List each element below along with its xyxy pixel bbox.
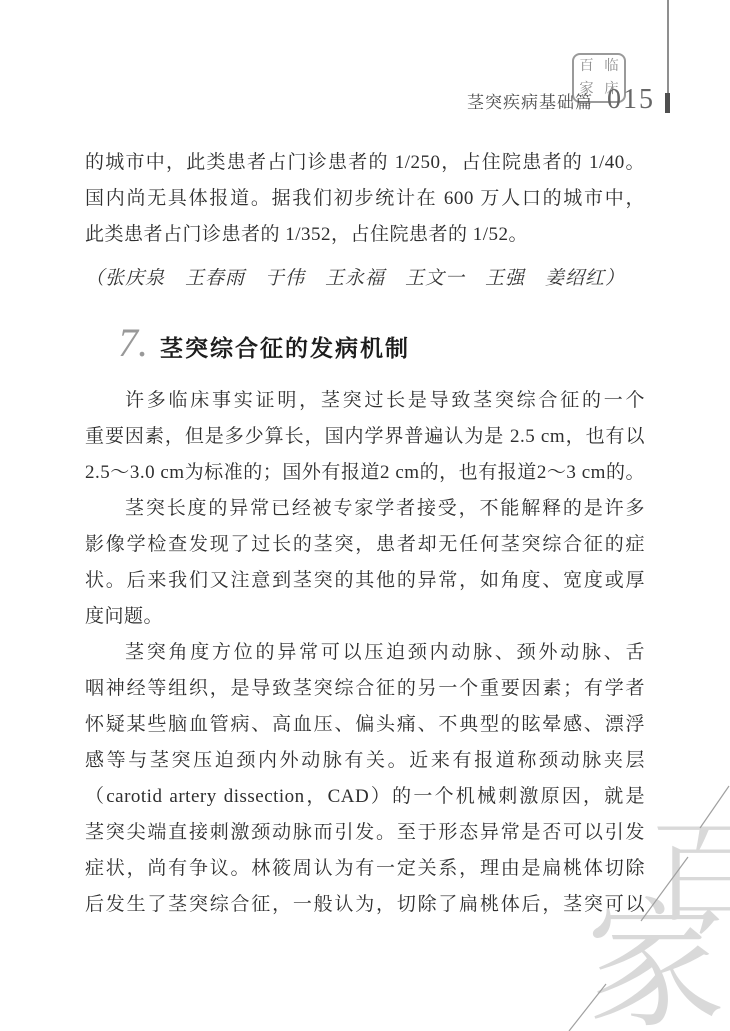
text-line: 此类患者占门诊患者的 1/352，占住院患者的 1/52。 bbox=[85, 217, 645, 253]
section-title: 茎突综合征的发病机制 bbox=[160, 330, 410, 363]
text-line: 感等与茎突压迫颈内外动脉有关。近来有报道称颈动脉夹层 bbox=[85, 743, 645, 779]
text-line: 2.5～3.0 cm为标准的；国外有报道2 cm的，也有报道2～3 cm的。 bbox=[85, 455, 645, 491]
text-line: 状。后来我们又注意到茎突的其他的异常，如角度、宽度或厚 bbox=[85, 563, 645, 599]
text-line: 的城市中，此类患者占门诊患者的 1/250，占住院患者的 1/40。 bbox=[85, 145, 645, 181]
text-line: 重要因素，但是多少算长，国内学界普遍认为是 2.5 cm，也有以 bbox=[85, 419, 645, 455]
body-text: 的城市中，此类患者占门诊患者的 1/250，占住院患者的 1/40。国内尚无具体… bbox=[85, 145, 645, 923]
header-vertical-rule bbox=[667, 0, 669, 93]
chapter-title: 茎突疾病基础篇 bbox=[467, 88, 593, 113]
text-line: 影像学检查发现了过长的茎突，患者却无任何茎突综合征的症 bbox=[85, 527, 645, 563]
text-line: 茎突尖端直接刺激颈动脉而引发。至于形态异常是否可以引发 bbox=[85, 815, 645, 851]
seal-char: 临 bbox=[604, 59, 618, 73]
watermark-char-bai: 百 bbox=[650, 818, 730, 930]
text-line: 度问题。 bbox=[85, 599, 645, 635]
text-line: 茎突角度方位的异常可以压迫颈内动脉、颈外动脉、舌 bbox=[85, 635, 645, 671]
text-line: 后发生了茎突综合征，一般认为，切除了扁桃体后，茎突可以 bbox=[85, 887, 645, 923]
text-line: 许多临床事实证明，茎突过长是导致茎突综合征的一个 bbox=[85, 383, 645, 419]
running-head: 茎突疾病基础篇 015 bbox=[380, 84, 655, 120]
header-vertical-rule-accent bbox=[665, 93, 670, 113]
paragraph: 茎突长度的异常已经被专家学者接受，不能解释的是许多影像学检查发现了过长的茎突，患… bbox=[85, 491, 645, 635]
section-heading: 7. 茎突综合征的发病机制 bbox=[85, 317, 645, 369]
seal-char: 百 bbox=[579, 59, 593, 73]
text-line: 咽神经等组织，是导致茎突综合征的另一个重要因素；有学者 bbox=[85, 671, 645, 707]
book-page: 百 临 家 床 茎突疾病基础篇 015 的城市中，此类患者占门诊患者的 1/25… bbox=[0, 0, 730, 1031]
text-line: 茎突长度的异常已经被专家学者接受，不能解释的是许多 bbox=[85, 491, 645, 527]
page-number: 015 bbox=[607, 84, 655, 116]
paragraph: 茎突角度方位的异常可以压迫颈内动脉、颈外动脉、舌咽神经等组织，是导致茎突综合征的… bbox=[85, 635, 645, 923]
text-line: 国内尚无具体报道。据我们初步统计在 600 万人口的城市中， bbox=[85, 181, 645, 217]
text-line: （carotid artery dissection，CAD）的一个机械刺激原因… bbox=[85, 779, 645, 815]
text-line: 怀疑某些脑血管病、高血压、偏头痛、不典型的眩晕感、漂浮 bbox=[85, 707, 645, 743]
paragraph: 许多临床事实证明，茎突过长是导致茎突综合征的一个重要因素，但是多少算长，国内学界… bbox=[85, 383, 645, 491]
paragraph-continued: 的城市中，此类患者占门诊患者的 1/250，占住院患者的 1/40。国内尚无具体… bbox=[85, 145, 645, 253]
authors-line: （张庆泉 王春雨 于伟 王永福 王文一 王强 姜绍红） bbox=[85, 261, 645, 297]
text-line: 症状，尚有争议。林筱周认为有一定关系，理由是扁桃体切除 bbox=[85, 851, 645, 887]
section-number: 7. bbox=[118, 317, 148, 369]
